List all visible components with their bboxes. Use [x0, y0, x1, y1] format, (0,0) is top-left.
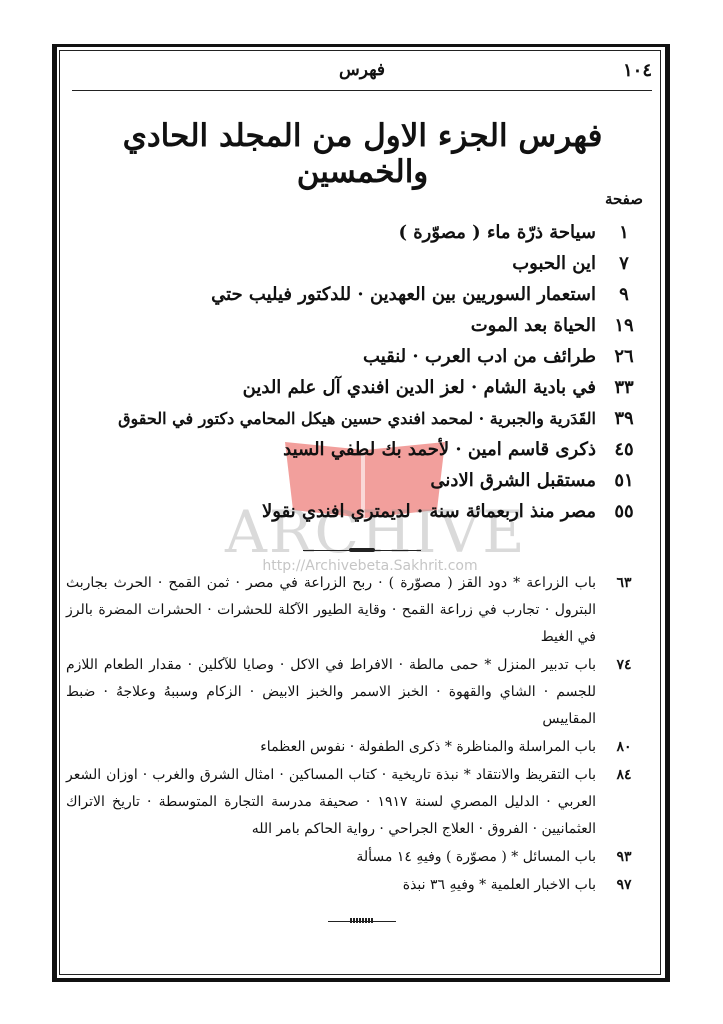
toc-section-entry: ٩٣ باب المسائل * ( مصوّرة ) وفيهِ ١٤ مسأ… — [66, 844, 652, 871]
toc-section-text: باب المراسلة والمناظرة * ذكرى الطفولة · … — [66, 734, 596, 761]
toc-section-entry: ٦٣ باب الزراعة * دود القز ( مصوّرة ) · ر… — [66, 570, 652, 651]
toc-page-number: ٧ — [596, 253, 652, 274]
toc-title: استعمار السوريين بين العهدين · للدكتور ف… — [66, 280, 596, 310]
toc-section-entry: ٩٧ باب الاخبار العلمية * وفيهِ ٣٦ نبذة — [66, 872, 652, 899]
toc-title: ذكرى قاسم امين · لأحمد بك لطفي السيد — [66, 435, 596, 465]
toc-page-number: ١ — [596, 222, 652, 243]
toc-page-number: ٣٣ — [596, 377, 652, 398]
section-divider-ornament — [303, 549, 421, 553]
toc-page-number: ٥١ — [596, 470, 652, 491]
toc-page-number: ١٩ — [596, 315, 652, 336]
page-column-header: صفحة — [605, 190, 643, 208]
toc-section-entry: ٨٠ باب المراسلة والمناظرة * ذكرى الطفولة… — [66, 734, 652, 761]
toc-page-number: ٧٤ — [596, 657, 652, 673]
running-title: فهرس — [72, 60, 652, 80]
toc-title: القَدَرية والجبرية · لمحمد افندي حسين هي… — [66, 404, 596, 434]
toc-section-entry: ٨٤ باب التقريظ والانتقاد * نبذة تاريخية … — [66, 762, 652, 843]
toc-title: مستقبل الشرق الادنى — [66, 466, 596, 496]
toc-page-number: ٩٣ — [596, 849, 652, 865]
toc-title: الحياة بعد الموت — [66, 311, 596, 341]
toc-entry: ٥٥ مصر منذ اربعمائة سنة · لديمتري افندي … — [66, 497, 652, 528]
toc-entry: ١٩ الحياة بعد الموت — [66, 311, 652, 342]
toc-entry: ٣٩ القَدَرية والجبرية · لمحمد افندي حسين… — [66, 404, 652, 435]
toc-section-entry: ٧٤ باب تدبير المنزل * حمى مالطة · الافرا… — [66, 652, 652, 733]
header-rule — [72, 90, 652, 91]
toc-page-number: ٨٤ — [596, 767, 652, 783]
table-of-contents: ١ سياحة ذرّة ماء ( مصوّرة ) ٧ اين الحبوب… — [66, 218, 652, 900]
toc-entry: ١ سياحة ذرّة ماء ( مصوّرة ) — [66, 218, 652, 249]
toc-entry: ٥١ مستقبل الشرق الادنى — [66, 466, 652, 497]
end-ornament — [328, 920, 396, 924]
toc-section-text: باب تدبير المنزل * حمى مالطة · الافراط ف… — [66, 652, 596, 733]
toc-page-number: ٢٦ — [596, 346, 652, 367]
toc-page-number: ٨٠ — [596, 739, 652, 755]
toc-section-text: باب المسائل * ( مصوّرة ) وفيهِ ١٤ مسألة — [66, 844, 596, 871]
toc-title: في بادية الشام · لعز الدين افندي آل علم … — [66, 373, 596, 403]
toc-page-number: ٥٥ — [596, 501, 652, 522]
main-title: فهرس الجزء الاول من المجلد الحادي والخمس… — [80, 118, 645, 190]
toc-page-number: ٦٣ — [596, 575, 652, 591]
toc-page-number: ٣٩ — [596, 408, 652, 429]
toc-entry: ٤٥ ذكرى قاسم امين · لأحمد بك لطفي السيد — [66, 435, 652, 466]
toc-title: اين الحبوب — [66, 249, 596, 279]
toc-title: مصر منذ اربعمائة سنة · لديمتري افندي نقو… — [66, 497, 596, 527]
divider-knot — [350, 918, 374, 923]
toc-section-text: باب التقريظ والانتقاد * نبذة تاريخية · ك… — [66, 762, 596, 843]
toc-entry: ٩ استعمار السوريين بين العهدين · للدكتور… — [66, 280, 652, 311]
toc-section-text: باب الاخبار العلمية * وفيهِ ٣٦ نبذة — [66, 872, 596, 899]
toc-entry: ٣٣ في بادية الشام · لعز الدين افندي آل ع… — [66, 373, 652, 404]
toc-page-number: ٩٧ — [596, 877, 652, 893]
toc-entry: ٢٦ طرائف من ادب العرب · لنقيب — [66, 342, 652, 373]
running-head: ١٠٤ فهرس — [72, 58, 652, 86]
divider-knot — [349, 548, 375, 552]
toc-section-text: باب الزراعة * دود القز ( مصوّرة ) · ربح … — [66, 570, 596, 651]
toc-title: سياحة ذرّة ماء ( مصوّرة ) — [66, 218, 596, 248]
toc-title: طرائف من ادب العرب · لنقيب — [66, 342, 596, 372]
toc-page-number: ٩ — [596, 284, 652, 305]
toc-page-number: ٤٥ — [596, 439, 652, 460]
toc-entry: ٧ اين الحبوب — [66, 249, 652, 280]
